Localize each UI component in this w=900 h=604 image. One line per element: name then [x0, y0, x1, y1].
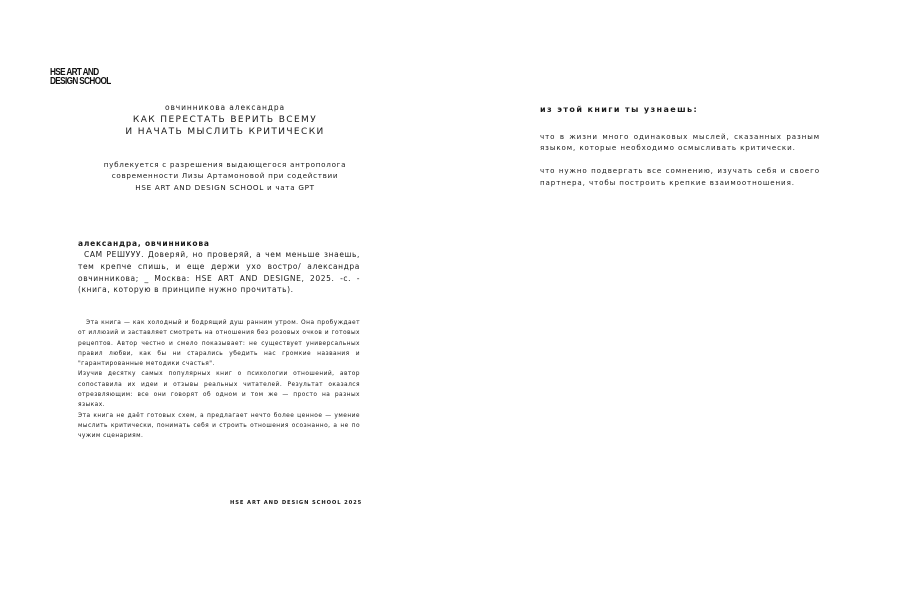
learning-point: что в жизни много одинаковых мыслей, ска…: [540, 131, 820, 153]
annotation-paragraph: Изучив десятку самых популярных книг о п…: [78, 369, 360, 410]
bibliographic-record: александра, овчинникова САМ РЕШУУУ. Дове…: [78, 238, 360, 296]
publication-note-line: HSE ART AND DESIGN SCHOOL и чата GPT: [60, 182, 390, 193]
annotation-paragraph: Эта книга не даёт готовых схем, а предла…: [78, 411, 360, 442]
title-line-2: И НАЧАТЬ МЫСЛИТЬ КРИТИЧЕСКИ: [60, 126, 390, 138]
hse-art-and-design-school-logo: HSE ART AND DESIGN SCHOOL: [50, 68, 111, 86]
logo-line-2: DESIGN SCHOOL: [50, 77, 111, 86]
learning-points: что в жизни много одинаковых мыслей, ска…: [540, 131, 820, 200]
annotation-paragraph: Эта книга — как холодный и бодрящий душ …: [78, 318, 360, 369]
publisher-footer: HSE ART AND DESIGN SCHOOL 2025: [230, 500, 362, 506]
publication-note: публекуется с разрешения выдающегося ант…: [60, 159, 390, 193]
bibliography-reference: САМ РЕШУУУ. Доверяй, но проверяй, а чем …: [78, 249, 360, 296]
bibliography-author: александра, овчинникова: [78, 238, 360, 249]
learning-point: что нужно подвергать все сомнению, изуча…: [540, 165, 820, 187]
author-name: овчинникова александра: [60, 103, 390, 112]
annotation: Эта книга — как холодный и бодрящий душ …: [78, 318, 360, 442]
book-title: КАК ПЕРЕСТАТЬ ВЕРИТЬ ВСЕМУ И НАЧАТЬ МЫСЛ…: [60, 114, 390, 138]
title-line-1: КАК ПЕРЕСТАТЬ ВЕРИТЬ ВСЕМУ: [60, 114, 390, 126]
right-page-heading: из этой книги ты узнаешь:: [540, 105, 820, 114]
publication-note-line: современности Лизы Артамоновой при содей…: [60, 170, 390, 181]
publication-note-line: публекуется с разрешения выдающегося ант…: [60, 159, 390, 170]
